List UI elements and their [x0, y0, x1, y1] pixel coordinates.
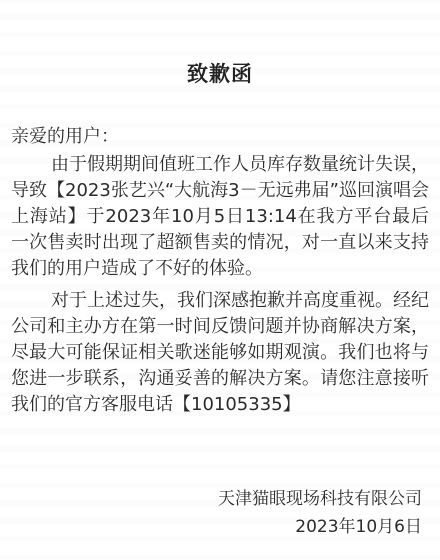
signature-company: 天津猫眼现场科技有限公司 — [218, 485, 422, 513]
letter-paragraph-2: 对于上述过失，我们深感抱歉并高度重视。经纪公司和主办方在第一时间反馈问题并协商解… — [11, 288, 429, 418]
letter-title: 致歉函 — [0, 58, 440, 88]
signature-date: 2023年10月6日 — [218, 513, 422, 541]
letter-greeting: 亲爱的用户： — [11, 124, 119, 150]
letter-paragraph-1: 由于假期期间值班工作人员库存数量统计失误，导致【2023张艺兴“大航海3－无远弗… — [11, 152, 429, 282]
letter-signature: 天津猫眼现场科技有限公司 2023年10月6日 — [218, 485, 422, 541]
apology-letter: 致歉函 亲爱的用户： 由于假期期间值班工作人员库存数量统计失误，导致【2023张… — [0, 0, 440, 560]
